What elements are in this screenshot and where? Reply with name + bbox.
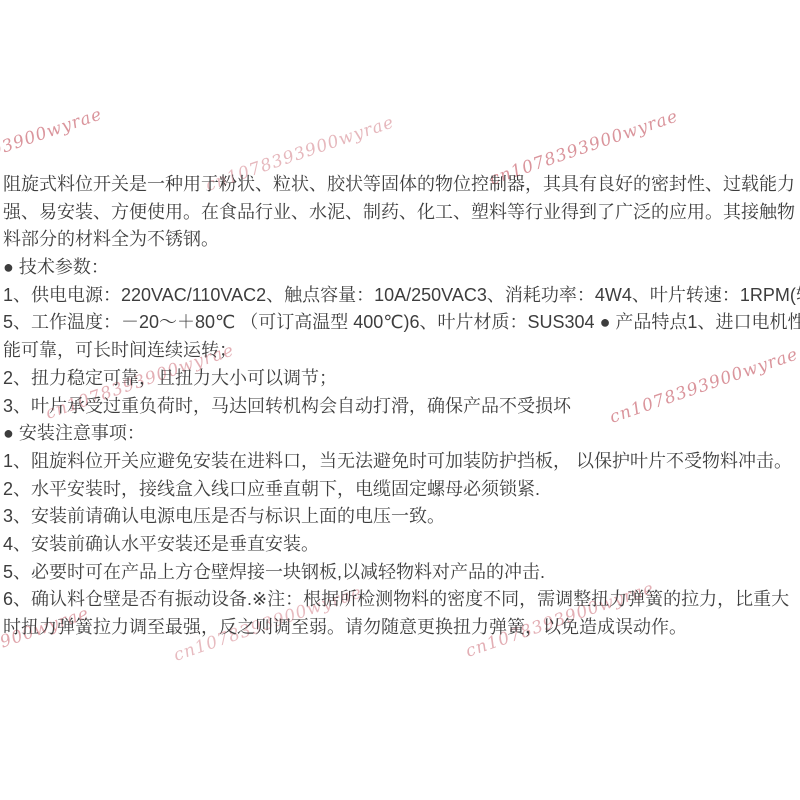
text-line: 阻旋式料位开关是一种用于粉状、粒状、胶状等固体的物位控制器，其具有良好的密封性、… <box>3 171 797 199</box>
product-description-page: cn1078393900wyraecn1078393900wyraecn1078… <box>0 0 800 800</box>
text-line: 3、叶片承受过重负荷时，马达回转机构会自动打滑，确保产品不受损坏 <box>3 393 797 421</box>
text-line: 4、安装前确认水平安装还是垂直安装。 <box>3 531 797 559</box>
text-line: 5、工作温度：－20～＋80℃ （可订高温型 400℃)6、叶片材质：SUS30… <box>3 309 797 337</box>
text-line: 3、安装前请确认电源电压是否与标识上面的电压一致。 <box>3 503 797 531</box>
section-heading: ● 安装注意事项： <box>3 420 797 448</box>
text-line: 能可靠，可长时间连续运转； <box>3 337 797 365</box>
text-line: 5、必要时可在产品上方仓壁焊接一块钢板,以减轻物料对产品的冲击. <box>3 559 797 587</box>
text-line: 1、阻旋料位开关应避免安装在进料口，当无法避免时可加装防护挡板， 以保护叶片不受… <box>3 448 797 476</box>
text-line: 1、供电电源：220VAC/110VAC2、触点容量：10A/250VAC3、消… <box>3 282 797 310</box>
text-line: 2、扭力稳定可靠，且扭力大小可以调节； <box>3 365 797 393</box>
text-line: 强、易安装、方便使用。在食品行业、水泥、制药、化工、塑料等行业得到了广泛的应用。… <box>3 199 797 227</box>
section-heading: ● 技术参数： <box>3 254 797 282</box>
text-line: 6、确认料仓壁是否有振动设备.※注：根据所检测物料的密度不同，需调整扭力弹簧的拉… <box>3 586 797 614</box>
text-line: 时扭力弹簧拉力调至最强，反之则调至弱。请勿随意更换扭力弹簧，以免造成误动作。 <box>3 614 797 642</box>
description-text: 阻旋式料位开关是一种用于粉状、粒状、胶状等固体的物位控制器，其具有良好的密封性、… <box>3 171 797 642</box>
text-line: 2、水平安装时，接线盒入线口应垂直朝下，电缆固定螺母必须锁紧. <box>3 476 797 504</box>
text-line: 料部分的材料全为不锈钢。 <box>3 226 797 254</box>
